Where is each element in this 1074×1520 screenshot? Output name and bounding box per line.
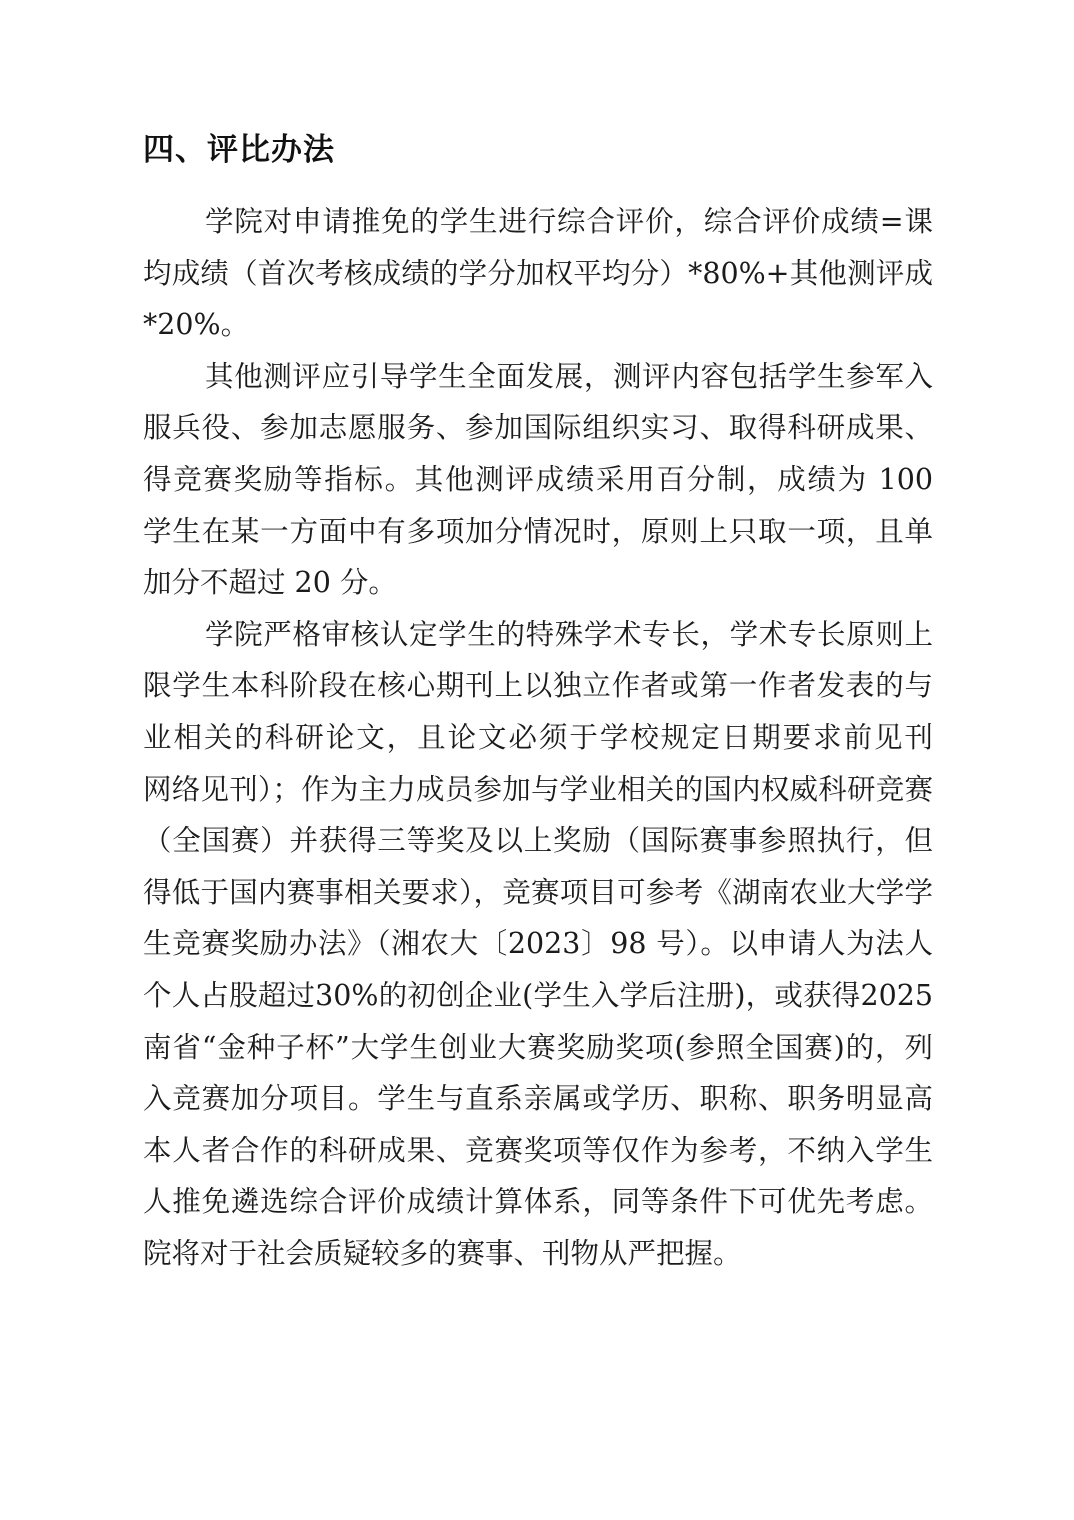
body-line: 均成绩（首次考核成绩的学分加权平均分）*80%+其他测评成绩 <box>143 248 933 300</box>
body-line: （全国赛）并获得三等奖及以上奖励（国际赛事参照执行，但不 <box>143 815 933 867</box>
body-line: 学院对申请推免的学生进行综合评价，综合评价成绩=课程平 <box>143 196 933 248</box>
body-line: 学院严格审核认定学生的特殊学术专长，学术专长原则上仅 <box>143 609 933 661</box>
body-line: 南省“金种子杯”大学生创业大赛奖励奖项(参照全国赛)的，列 <box>143 1022 933 1074</box>
body-line: 得竞赛奖励等指标。其他测评成绩采用百分制，成绩为 100 分。 <box>143 454 933 506</box>
body-line: 服兵役、参加志愿服务、参加国际组织实习、取得科研成果、获 <box>143 402 933 454</box>
section-heading: 四、评比办法 <box>143 133 933 167</box>
body-line: *20%。 <box>143 299 933 351</box>
body-line: 网络见刊）；作为主力成员参加与学业相关的国内权威科研竞赛 <box>143 764 933 816</box>
body-line: 本人者合作的科研成果、竞赛奖项等仅作为参考，不纳入学生本 <box>143 1125 933 1177</box>
document-page: 四、评比办法 学院对申请推免的学生进行综合评价，综合评价成绩=课程平 均成绩（首… <box>0 0 1074 1520</box>
body-line: 得低于国内赛事相关要求），竞赛项目可参考《湖南农业大学学 <box>143 867 933 919</box>
body-line: 学生在某一方面中有多项加分情况时，原则上只取一项，且单项 <box>143 506 933 558</box>
document-content: 四、评比办法 学院对申请推免的学生进行综合评价，综合评价成绩=课程平 均成绩（首… <box>143 133 933 1279</box>
body-line: 院将对于社会质疑较多的赛事、刊物从严把握。 <box>143 1228 933 1280</box>
body-line: 限学生本科阶段在核心期刊上以独立作者或第一作者发表的与学 <box>143 660 933 712</box>
body-line: 加分不超过 20 分。 <box>143 557 933 609</box>
body-line: 入竞赛加分项目。学生与直系亲属或学历、职称、职务明显高于 <box>143 1073 933 1125</box>
document-body: 学院对申请推免的学生进行综合评价，综合评价成绩=课程平 均成绩（首次考核成绩的学… <box>143 196 933 1279</box>
body-line: 个人占股超过30%的初创企业(学生入学后注册)，或获得2025年湖 <box>143 970 933 1022</box>
body-line: 其他测评应引导学生全面发展，测评内容包括学生参军入伍 <box>143 351 933 403</box>
body-line: 人推免遴选综合评价成绩计算体系，同等条件下可优先考虑。学 <box>143 1176 933 1228</box>
body-line: 业相关的科研论文，且论文必须于学校规定日期要求前见刊（含 <box>143 712 933 764</box>
body-line: 生竞赛奖励办法》（湘农大〔2023〕98 号）。以申请人为法人且 <box>143 918 933 970</box>
